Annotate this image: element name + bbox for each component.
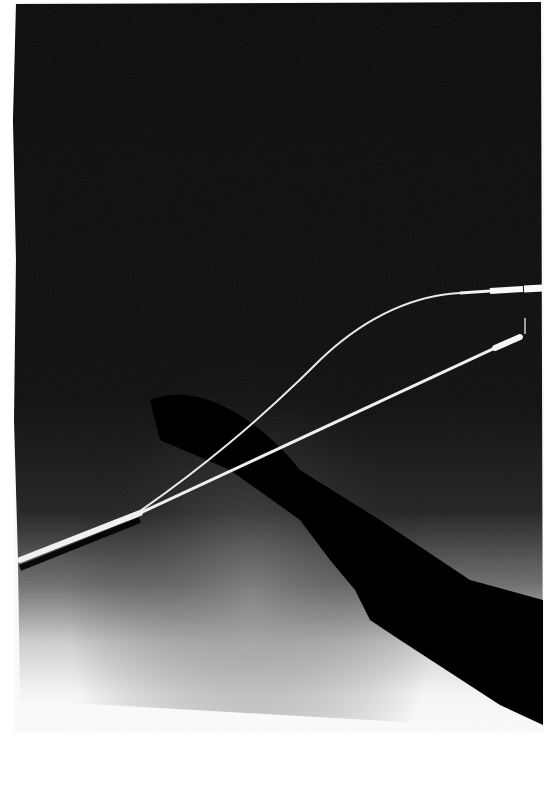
upper-wire-hub-end [524, 288, 543, 289]
photograph [0, 0, 551, 800]
upper-wire-hub [490, 289, 523, 291]
upper-wire-connector [460, 291, 490, 293]
